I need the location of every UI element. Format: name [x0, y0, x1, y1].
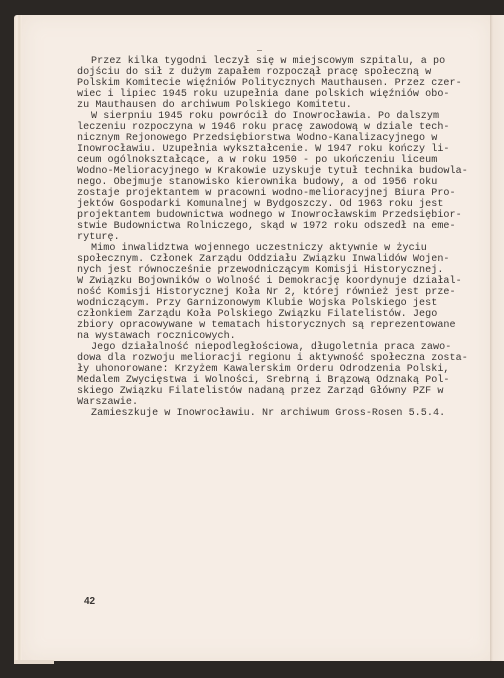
text-line: nych jest równocześnie przewodniczącym K…: [77, 265, 467, 276]
facing-page-edge: [490, 15, 504, 661]
body-text: Przez kilka tygodni leczył się w miejsco…: [77, 56, 467, 419]
text-line: członkiem Zarządu Koła Polskiego Związku…: [77, 309, 467, 320]
text-line: skiego Związku Filatelistów nadaną przez…: [77, 386, 467, 397]
text-line: Zamieszkuje w Inowrocławiu. Nr archiwum …: [77, 408, 467, 419]
text-line: Polskim Komitecie więźniów Politycznych …: [77, 78, 467, 89]
text-line: ceum ogólnokształcące, a w roku 1950 - p…: [77, 155, 467, 166]
text-line: Warszawie.: [77, 397, 467, 408]
text-line: Medalem Zwycięstwa i Wolności, Srebrną i…: [77, 375, 467, 386]
text-line: zu Mauthausen do archiwum Polskiego Komi…: [77, 100, 467, 111]
text-line: nicznym Rejonowego Przedsiębiorstwa Wodn…: [77, 133, 467, 144]
text-line: Przez kilka tygodni leczył się w miejsco…: [77, 56, 467, 67]
text-line: ryturę.: [77, 232, 467, 243]
page-bottom-edge: [14, 660, 54, 664]
text-line: Inowrocławiu. Uzupełnia wykształcenie. W…: [77, 144, 467, 155]
page-number: 42: [84, 596, 95, 607]
text-line: W sierpniu 1945 roku powrócił do Inowroc…: [77, 111, 467, 122]
text-line: Mimo inwalidztwa wojennego uczestniczy a…: [77, 243, 467, 254]
text-line: dowa dla rozwoju melioracji regionu i ak…: [77, 353, 467, 364]
text-line: Wodno-Melioracyjnego w Krakowie uzyskuje…: [77, 166, 467, 177]
text-line: ły uhonorowane: Krzyżem Kawalerskim Orde…: [77, 364, 467, 375]
text-line: leczeniu rozpoczyna w 1946 roku pracę za…: [77, 122, 467, 133]
text-line: stwie Budownictwa Rolniczego, skąd w 197…: [77, 221, 467, 232]
text-line: na wystawach rocznicowych.: [77, 331, 467, 342]
top-mark: [257, 50, 262, 51]
text-line: wiec i lipiec 1945 roku uzupełnia dane p…: [77, 89, 467, 100]
text-line: jektów Gospodarki Komunalnej w Bydgoszcz…: [77, 199, 467, 210]
text-line: Jego działalność niepodległościowa, dług…: [77, 342, 467, 353]
text-line: dojściu do sił z dużym zapałem rozpoczął…: [77, 67, 467, 78]
text-line: zbiory opracowywane w tematach historycz…: [77, 320, 467, 331]
text-line: społecznym. Członek Zarządu Oddziału Zwi…: [77, 254, 467, 265]
text-line: nego. Obejmuje stanowisko kierownika bud…: [77, 177, 467, 188]
text-line: ność Komisji Historycznej Koła Nr 2, któ…: [77, 287, 467, 298]
text-line: zostaje projektantem w pracowni wodno-me…: [77, 188, 467, 199]
text-line: wodniczącym. Przy Garnizonowym Klubie Wo…: [77, 298, 467, 309]
text-line: projektantem budownictwa wodnego w Inowr…: [77, 210, 467, 221]
text-line: W Związku Bojowników o Wolność i Demokra…: [77, 276, 467, 287]
